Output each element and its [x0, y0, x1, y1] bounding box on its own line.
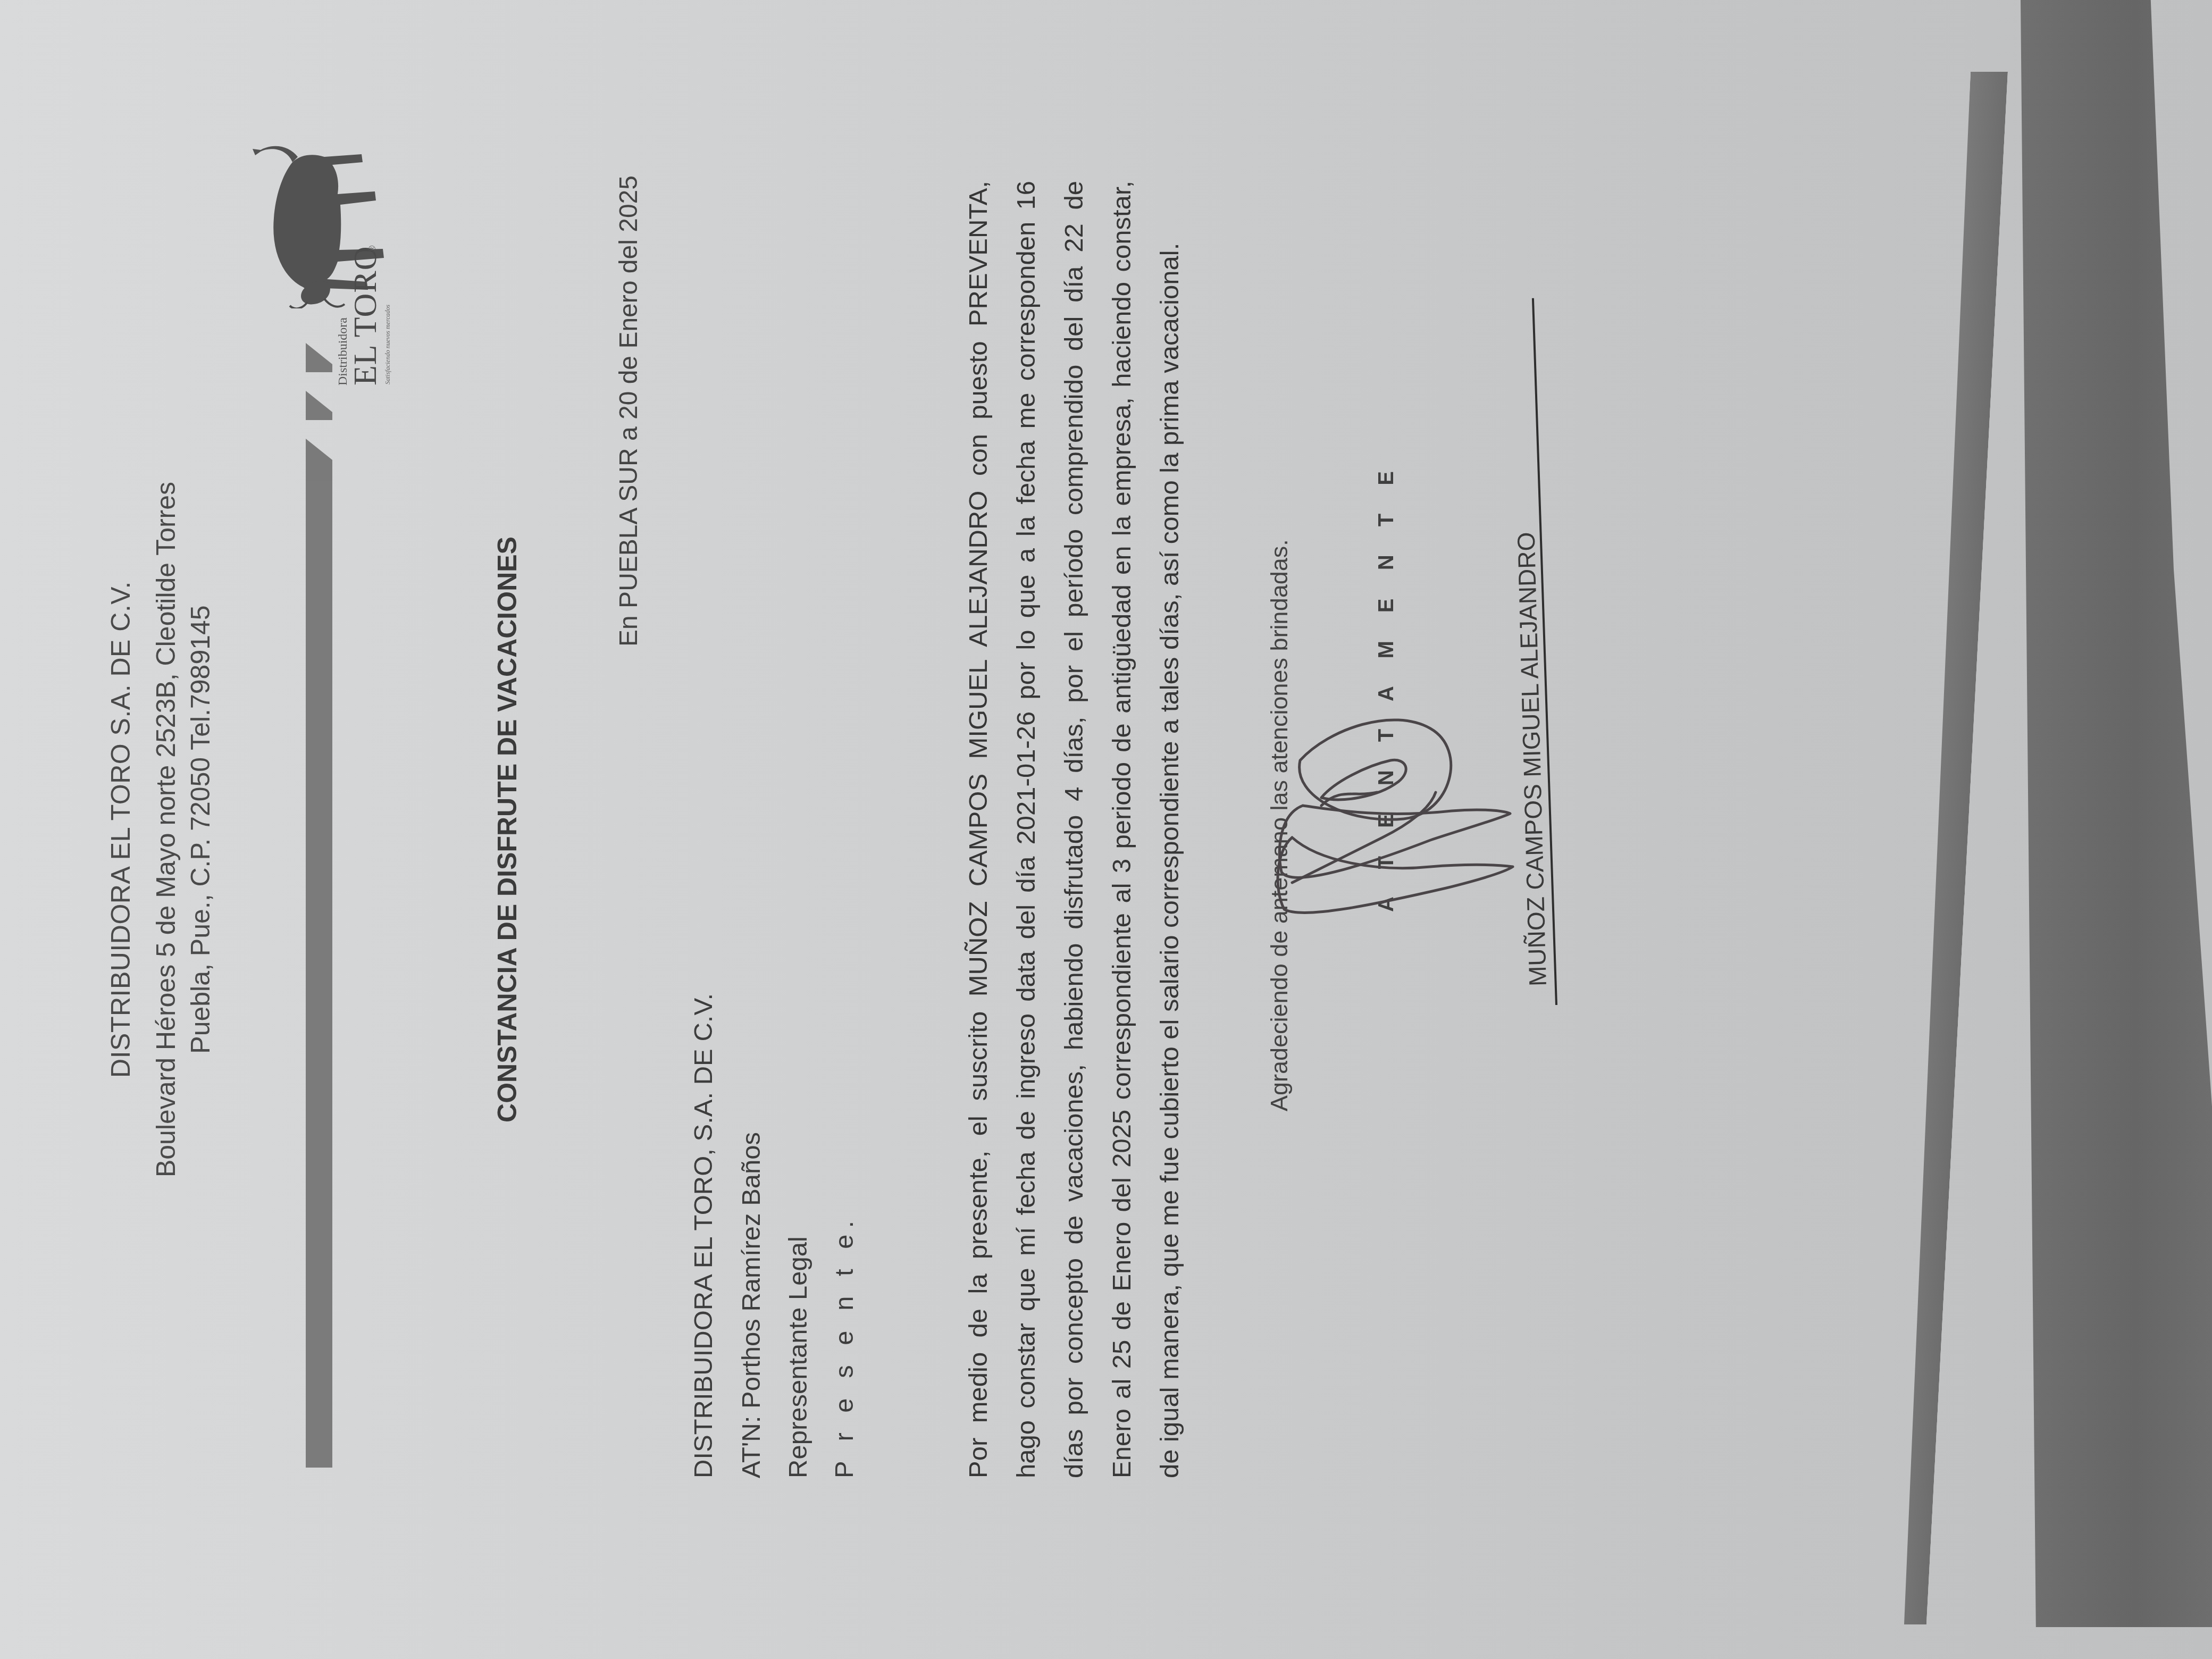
registered-mark: ® — [367, 246, 378, 253]
logo-tagline: Satisfaciendo nuevos mercados — [384, 305, 392, 384]
recipient-role: Representante Legal — [783, 1236, 813, 1478]
company-logo: Distribuidora EL TORO ® Satisfaciendo nu… — [223, 3, 399, 386]
letterhead-address-line-1: Boulevard Héroes 5 de Mayo norte 2523B, … — [150, 0, 181, 1659]
letterhead-address-line-2: Puebla, Pue., C.P. 72050 Tel.7989145 — [185, 0, 216, 1659]
place-date: En PUEBLA SUR a 20 de Enero del 2025 — [614, 175, 643, 647]
signer-name: MUÑOZ CAMPOS MIGUEL ALEJANDRO — [1512, 532, 1552, 987]
body-line: de igual manera, que me fue cubierto el … — [1146, 181, 1194, 1478]
recipient-attention: AT'N: Porthos Ramírez Baños — [736, 1132, 766, 1478]
header-decorative-bar — [306, 479, 332, 1468]
letterhead-company: DISTRIBUIDORA EL TORO S.A. DE C.V. — [105, 0, 136, 1659]
body-line: hago constar que mí fecha de ingreso dat… — [1002, 181, 1050, 1478]
recipient-company: DISTRIBUIDORA EL TORO, S.A. DE C.V. — [689, 993, 718, 1478]
letter-page: DISTRIBUIDORA EL TORO S.A. DE C.V. Boule… — [0, 0, 2212, 1659]
logo-brand: EL TORO — [347, 246, 384, 386]
recipient-presente: P r e s e n t e. — [829, 1214, 859, 1478]
body-line: días por concepto de vacaciones, habiend… — [1050, 181, 1098, 1478]
bar-segment — [306, 391, 332, 420]
document-title: CONSTANCIA DE DISFRUTE DE VACACIONES — [492, 0, 523, 1659]
bar-segment — [306, 439, 332, 481]
body-paragraph: Por medio de la presente, el suscrito MU… — [954, 181, 1194, 1478]
body-line: Por medio de la presente, el suscrito MU… — [954, 181, 1002, 1478]
body-line: Enero al 25 de Enero del 2025 correspond… — [1098, 181, 1146, 1478]
handwritten-signature-icon — [1271, 675, 1515, 1048]
